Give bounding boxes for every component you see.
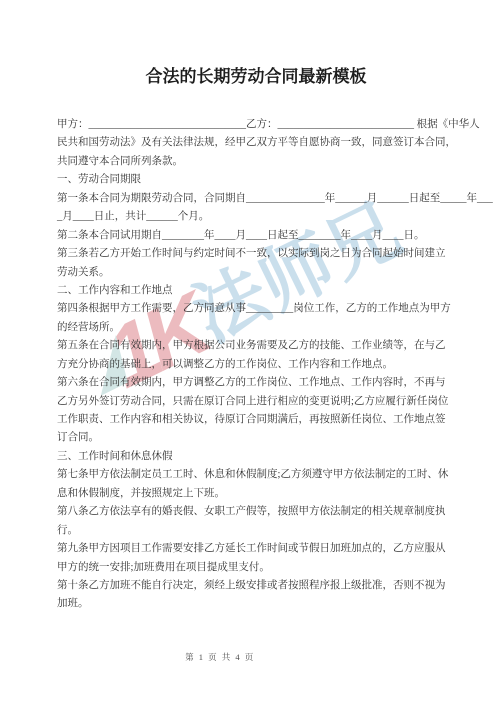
paragraph-line: 共同遵守本合同所列条款。 bbox=[57, 153, 477, 171]
paragraph-line: 方充分协商的基础上，可以调整乙方的工作岗位、工作内容和工作地点。 bbox=[57, 356, 477, 374]
paragraph-line: 第九条甲方因项目工作需要安排乙方延长工作时间或节假日加班加点的，乙方应服从 bbox=[57, 540, 477, 558]
paragraph-line: 订合同。 bbox=[57, 429, 477, 447]
paragraph-line: 乙方另外签订劳动合同，只需在原订合同上进行相应的变更说明;乙方应履行新任岗位 bbox=[57, 393, 477, 411]
section-heading: 二、工作内容和工作地点 bbox=[57, 282, 477, 300]
paragraph-line: _月____日止，共计______个月。 bbox=[57, 208, 477, 226]
paragraph-line: 的经营场所。 bbox=[57, 319, 477, 337]
paragraph-line: 第五条在合同有效期内，甲方根据公司业务需要及乙方的技能、工作业绩等，在与乙 bbox=[57, 337, 477, 355]
paragraph-line: 第八条乙方依法享有的婚丧假、女职工产假等，按照甲方依法制定的相关规章制度执 bbox=[57, 503, 477, 521]
paragraph-line: 加班。 bbox=[57, 595, 477, 613]
paragraph-line: 工作职责、工作内容和相关协议，待原订合同期满后，再按照新任岗位、工作地点签 bbox=[57, 411, 477, 429]
paragraph-line: 民共和国劳动法》及有关法律法规，经甲乙双方平等自愿协商一致，同意签订本合同， bbox=[57, 134, 477, 152]
section-heading: 三、工作时间和休息休假 bbox=[57, 448, 477, 466]
paragraph-line: 第六条在合同有效期内，甲方调整乙方的工作岗位、工作地点、工作内容时，不再与 bbox=[57, 374, 477, 392]
paragraph-line: 第四条根据甲方工作需要，乙方同意从事_________岗位工作，乙方的工作地点为… bbox=[57, 300, 477, 318]
paragraph-line: 第三条若乙方开始工作时间与约定时间不一致，以实际到岗之日为合同起始时间建立 bbox=[57, 245, 477, 263]
paragraph-line: 息和休假制度，并按照规定上下班。 bbox=[57, 485, 477, 503]
paragraph-line: 甲方的统一安排;加班费用在项目提成里支付。 bbox=[57, 559, 477, 577]
body-text: 甲方：______________________________乙方：____… bbox=[57, 116, 477, 614]
document-page: 1K 法师兄 合法的长期劳动合同最新模板 甲方：________________… bbox=[0, 0, 500, 706]
paragraph-line: 劳动关系。 bbox=[57, 264, 477, 282]
paragraph-line: 第十条乙方加班不能自行决定，须经上级安排或者按照程序报上级批准，否则不视为 bbox=[57, 577, 477, 595]
paragraph-line: 第一条本合同为期限劳动合同，合同期自_______________年______… bbox=[57, 190, 477, 208]
paragraph-line: 行。 bbox=[57, 522, 477, 540]
paragraph-line: 第七条甲方依法制定员工工时、休息和休假制度;乙方须遵守甲方依法制定的工时、休 bbox=[57, 466, 477, 484]
paragraph-line: 第二条本合同试用期自________年____月____日起至________年… bbox=[57, 227, 477, 245]
paragraph-line: 甲方：______________________________乙方：____… bbox=[57, 116, 477, 134]
section-heading: 一、劳动合同期限 bbox=[57, 171, 477, 189]
page-number-label: 第 1 页 共 4 页 bbox=[57, 651, 383, 663]
document-title: 合法的长期劳动合同最新模板 bbox=[57, 62, 455, 87]
